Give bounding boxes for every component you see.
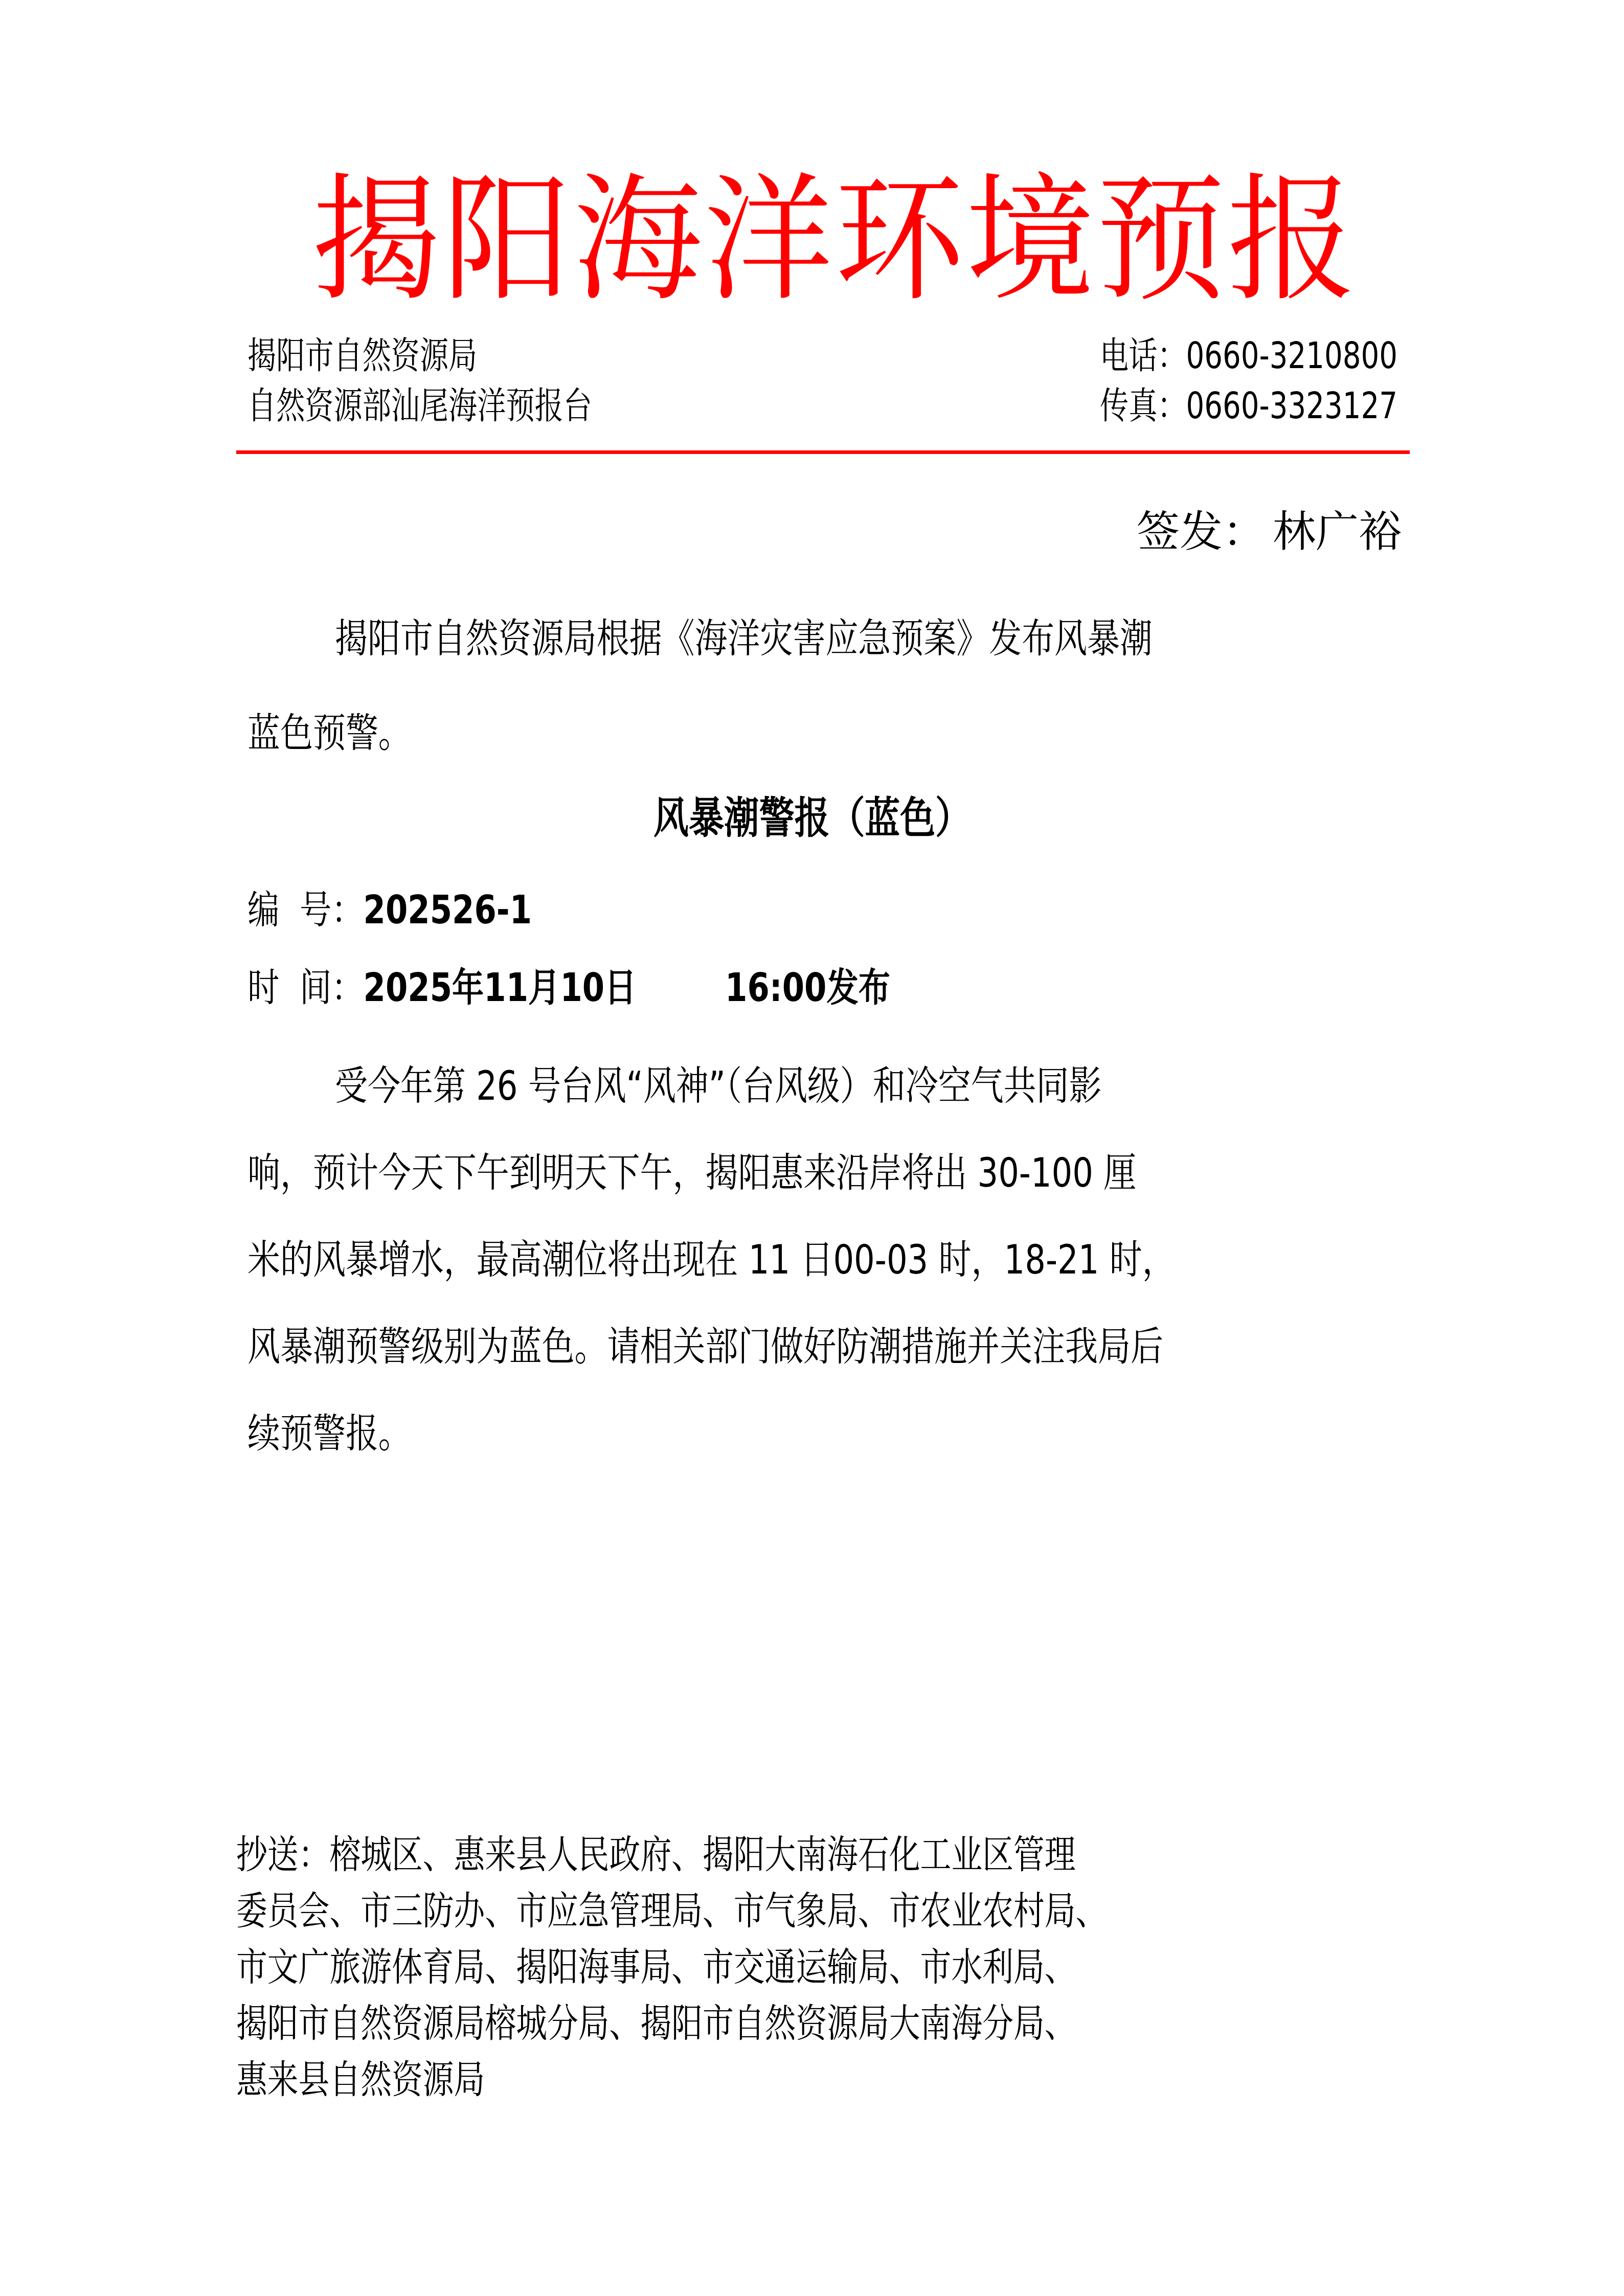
warning-number-value: 202526-1 bbox=[364, 887, 532, 933]
body-line-4: 风暴潮预警级别为蓝色。请相关部门做好防潮措施并关注我局后 bbox=[247, 1322, 1163, 1373]
fax-number: 0660-3323127 bbox=[1186, 384, 1397, 427]
signer-line: 签发：林广裕 bbox=[1137, 506, 1402, 557]
header-divider bbox=[236, 450, 1410, 454]
warning-time-line: 时 间：2025年11月10日 16:00发布 bbox=[247, 962, 890, 1013]
intro-line-2: 蓝色预警。 bbox=[247, 708, 411, 759]
fax-label: 传真： bbox=[1100, 384, 1186, 427]
masthead-title: 揭阳海洋环境预报 bbox=[312, 166, 1345, 314]
phone-line: 电话：0660-3210800 bbox=[1100, 332, 1397, 378]
cc-line-4: 揭阳市自然资源局榕城分局、揭阳市自然资源局大南海分局、 bbox=[236, 1999, 1076, 2048]
body-line-1: 受今年第 26 号台风“风神”（台风级）和冷空气共同影 bbox=[335, 1061, 1102, 1112]
cc-line-3: 市文广旅游体育局、揭阳海事局、市交通运输局、市水利局、 bbox=[236, 1943, 1076, 1992]
warning-time-value: 2025年11月10日 16:00发布 bbox=[364, 965, 890, 1010]
signer-name: 林广裕 bbox=[1273, 507, 1402, 557]
phone-label: 电话： bbox=[1100, 334, 1186, 377]
cc-line-1: 抄送：榕城区、惠来县人民政府、揭阳大南海石化工业区管理 bbox=[236, 1830, 1076, 1879]
warning-number-label: 编 号： bbox=[247, 887, 364, 933]
intro-line-1: 揭阳市自然资源局根据《海洋灾害应急预案》发布风暴潮 bbox=[335, 613, 1153, 665]
phone-number: 0660-3210800 bbox=[1186, 334, 1397, 377]
org-name-primary: 揭阳市自然资源局 bbox=[247, 332, 477, 378]
cc-line-2: 委员会、市三防办、市应急管理局、市气象局、市农业农村局、 bbox=[236, 1886, 1107, 1936]
warning-title: 风暴潮警报（蓝色） bbox=[146, 790, 1478, 846]
body-line-5: 续预警报。 bbox=[247, 1408, 411, 1460]
warning-number-line: 编 号：202526-1 bbox=[247, 884, 532, 936]
org-name-secondary: 自然资源部汕尾海洋预报台 bbox=[247, 382, 592, 428]
body-line-2: 响，预计今天下午到明天下午，揭阳惠来沿岸将出 30-100 厘 bbox=[247, 1148, 1136, 1199]
signer-label: 签发： bbox=[1137, 507, 1266, 557]
fax-line: 传真：0660-3323127 bbox=[1100, 382, 1397, 428]
warning-time-label: 时 间： bbox=[247, 965, 364, 1010]
body-line-3: 米的风暴增水，最高潮位将出现在 11 日00-03 时，18-21 时， bbox=[247, 1235, 1175, 1286]
cc-line-5: 惠来县自然资源局 bbox=[236, 2055, 485, 2104]
